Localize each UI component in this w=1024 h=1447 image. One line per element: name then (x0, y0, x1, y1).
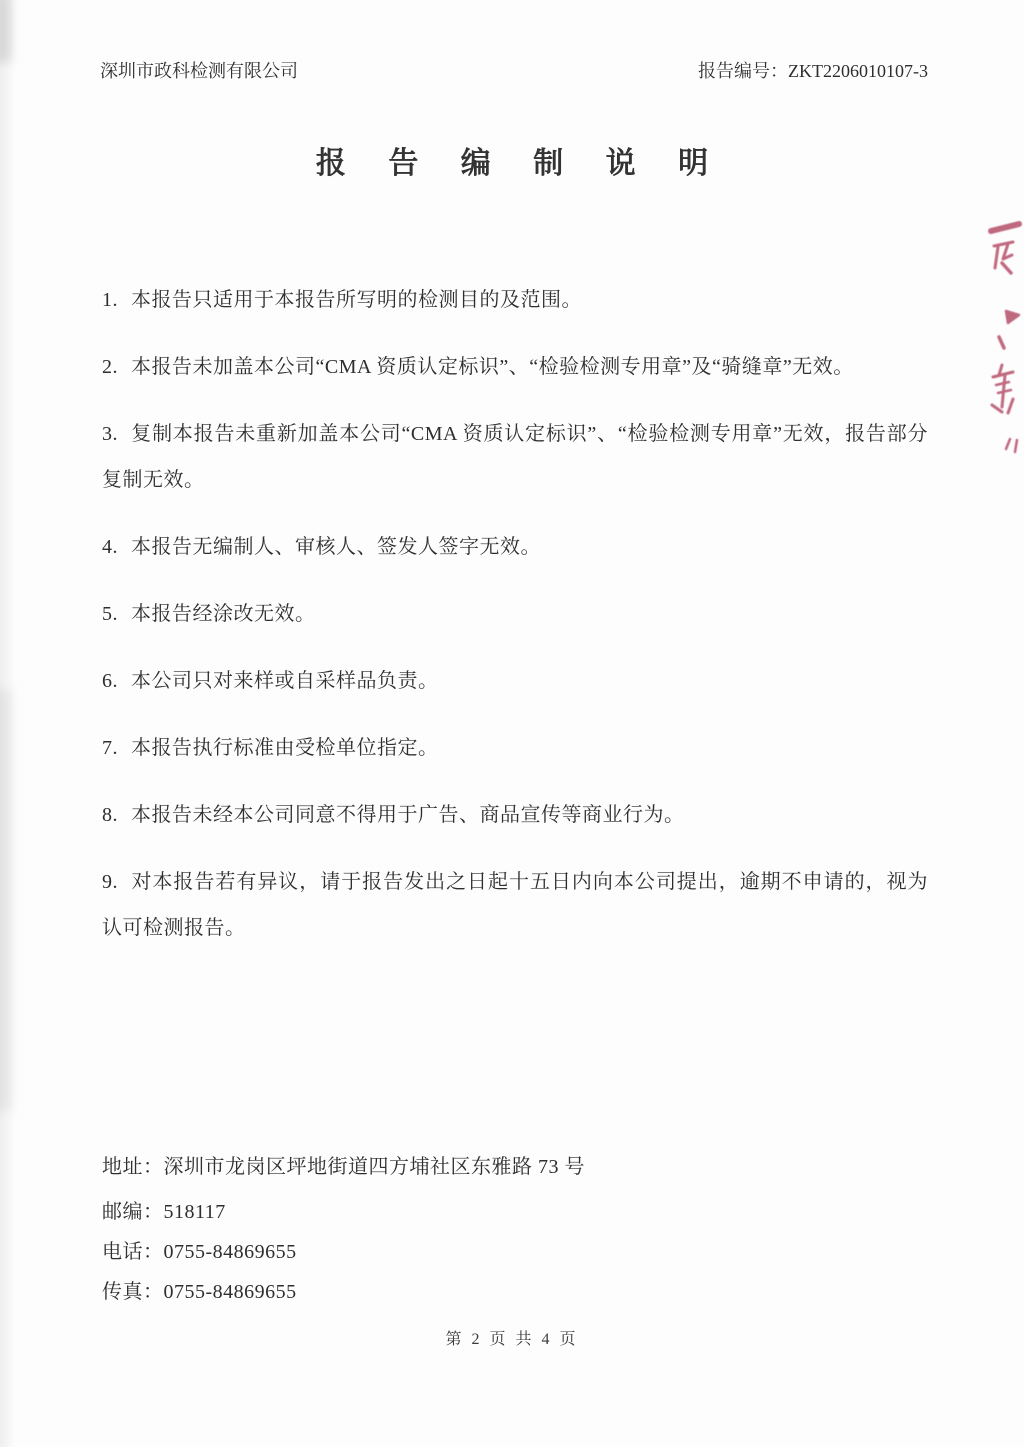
paging-seal-stamp-icon (978, 213, 1024, 465)
footer-postcode: 邮编：518117 (102, 1192, 585, 1232)
contact-footer: 地址：深圳市龙岗区坪地街道四方埔社区东雅路 73 号 邮编：518117 电话：… (102, 1147, 585, 1312)
company-name: 深圳市政科检测有限公司 (100, 58, 298, 84)
item-number: 3. (102, 423, 118, 445)
item-number: 6. (102, 670, 118, 692)
list-item: 5.本报告经涂改无效。 (102, 591, 928, 637)
scan-smudge-top (0, 0, 12, 62)
item-text: 本报告只适用于本报告所写明的检测目的及范围。 (131, 289, 582, 311)
scan-edge-shade (0, 0, 16, 1447)
item-text: 本报告经涂改无效。 (131, 603, 316, 625)
item-text: 对本报告若有异议，请于报告发出之日起十五日内向本公司提出，逾期不申请的，视为认可… (102, 871, 928, 939)
page-header: 深圳市政科检测有限公司 报告编号：ZKT2206010107-3 (100, 58, 928, 84)
item-number: 2. (102, 356, 118, 378)
item-number: 1. (102, 289, 118, 311)
report-page: 深圳市政科检测有限公司 报告编号：ZKT2206010107-3 报 告 编 制… (0, 0, 1024, 1447)
list-item: 8.本报告未经本公司同意不得用于广告、商品宣传等商业行为。 (102, 792, 928, 838)
list-item: 9.对本报告若有异议，请于报告发出之日起十五日内向本公司提出，逾期不申请的，视为… (102, 859, 928, 951)
list-item: 2.本报告未加盖本公司“CMA 资质认定标识”、“检验检测专用章”及“骑缝章”无… (102, 344, 928, 390)
footer-fax: 传真：0755-84869655 (102, 1272, 585, 1312)
item-number: 5. (102, 603, 118, 625)
item-number: 9. (102, 871, 118, 893)
list-item: 1.本报告只适用于本报告所写明的检测目的及范围。 (102, 277, 928, 323)
scan-smudge-left (0, 690, 12, 1110)
list-item: 7.本报告执行标准由受检单位指定。 (102, 725, 928, 771)
item-number: 8. (102, 804, 118, 826)
footer-address: 地址：深圳市龙岗区坪地街道四方埔社区东雅路 73 号 (102, 1147, 585, 1187)
item-text: 本报告未经本公司同意不得用于广告、商品宣传等商业行为。 (131, 804, 685, 826)
item-text: 本报告未加盖本公司“CMA 资质认定标识”、“检验检测专用章”及“骑缝章”无效。 (131, 356, 854, 378)
item-text: 本公司只对来样或自采样品负责。 (131, 670, 439, 692)
list-item: 3.复制本报告未重新加盖本公司“CMA 资质认定标识”、“检验检测专用章”无效，… (102, 411, 928, 503)
item-number: 7. (102, 737, 118, 759)
item-text: 本报告无编制人、审核人、签发人签字无效。 (131, 536, 541, 558)
item-text: 本报告执行标准由受检单位指定。 (131, 737, 439, 759)
page-title: 报 告 编 制 说 明 (0, 138, 1024, 182)
report-number: 报告编号：ZKT2206010107-3 (698, 58, 928, 84)
notes-list: 1.本报告只适用于本报告所写明的检测目的及范围。 2.本报告未加盖本公司“CMA… (102, 277, 928, 972)
list-item: 4.本报告无编制人、审核人、签发人签字无效。 (102, 524, 928, 570)
footer-phone: 电话：0755-84869655 (102, 1232, 585, 1272)
list-item: 6.本公司只对来样或自采样品负责。 (102, 658, 928, 704)
page-indicator: 第 2 页 共 4 页 (0, 1326, 1024, 1349)
item-text: 复制本报告未重新加盖本公司“CMA 资质认定标识”、“检验检测专用章”无效，报告… (102, 423, 928, 491)
item-number: 4. (102, 536, 118, 558)
